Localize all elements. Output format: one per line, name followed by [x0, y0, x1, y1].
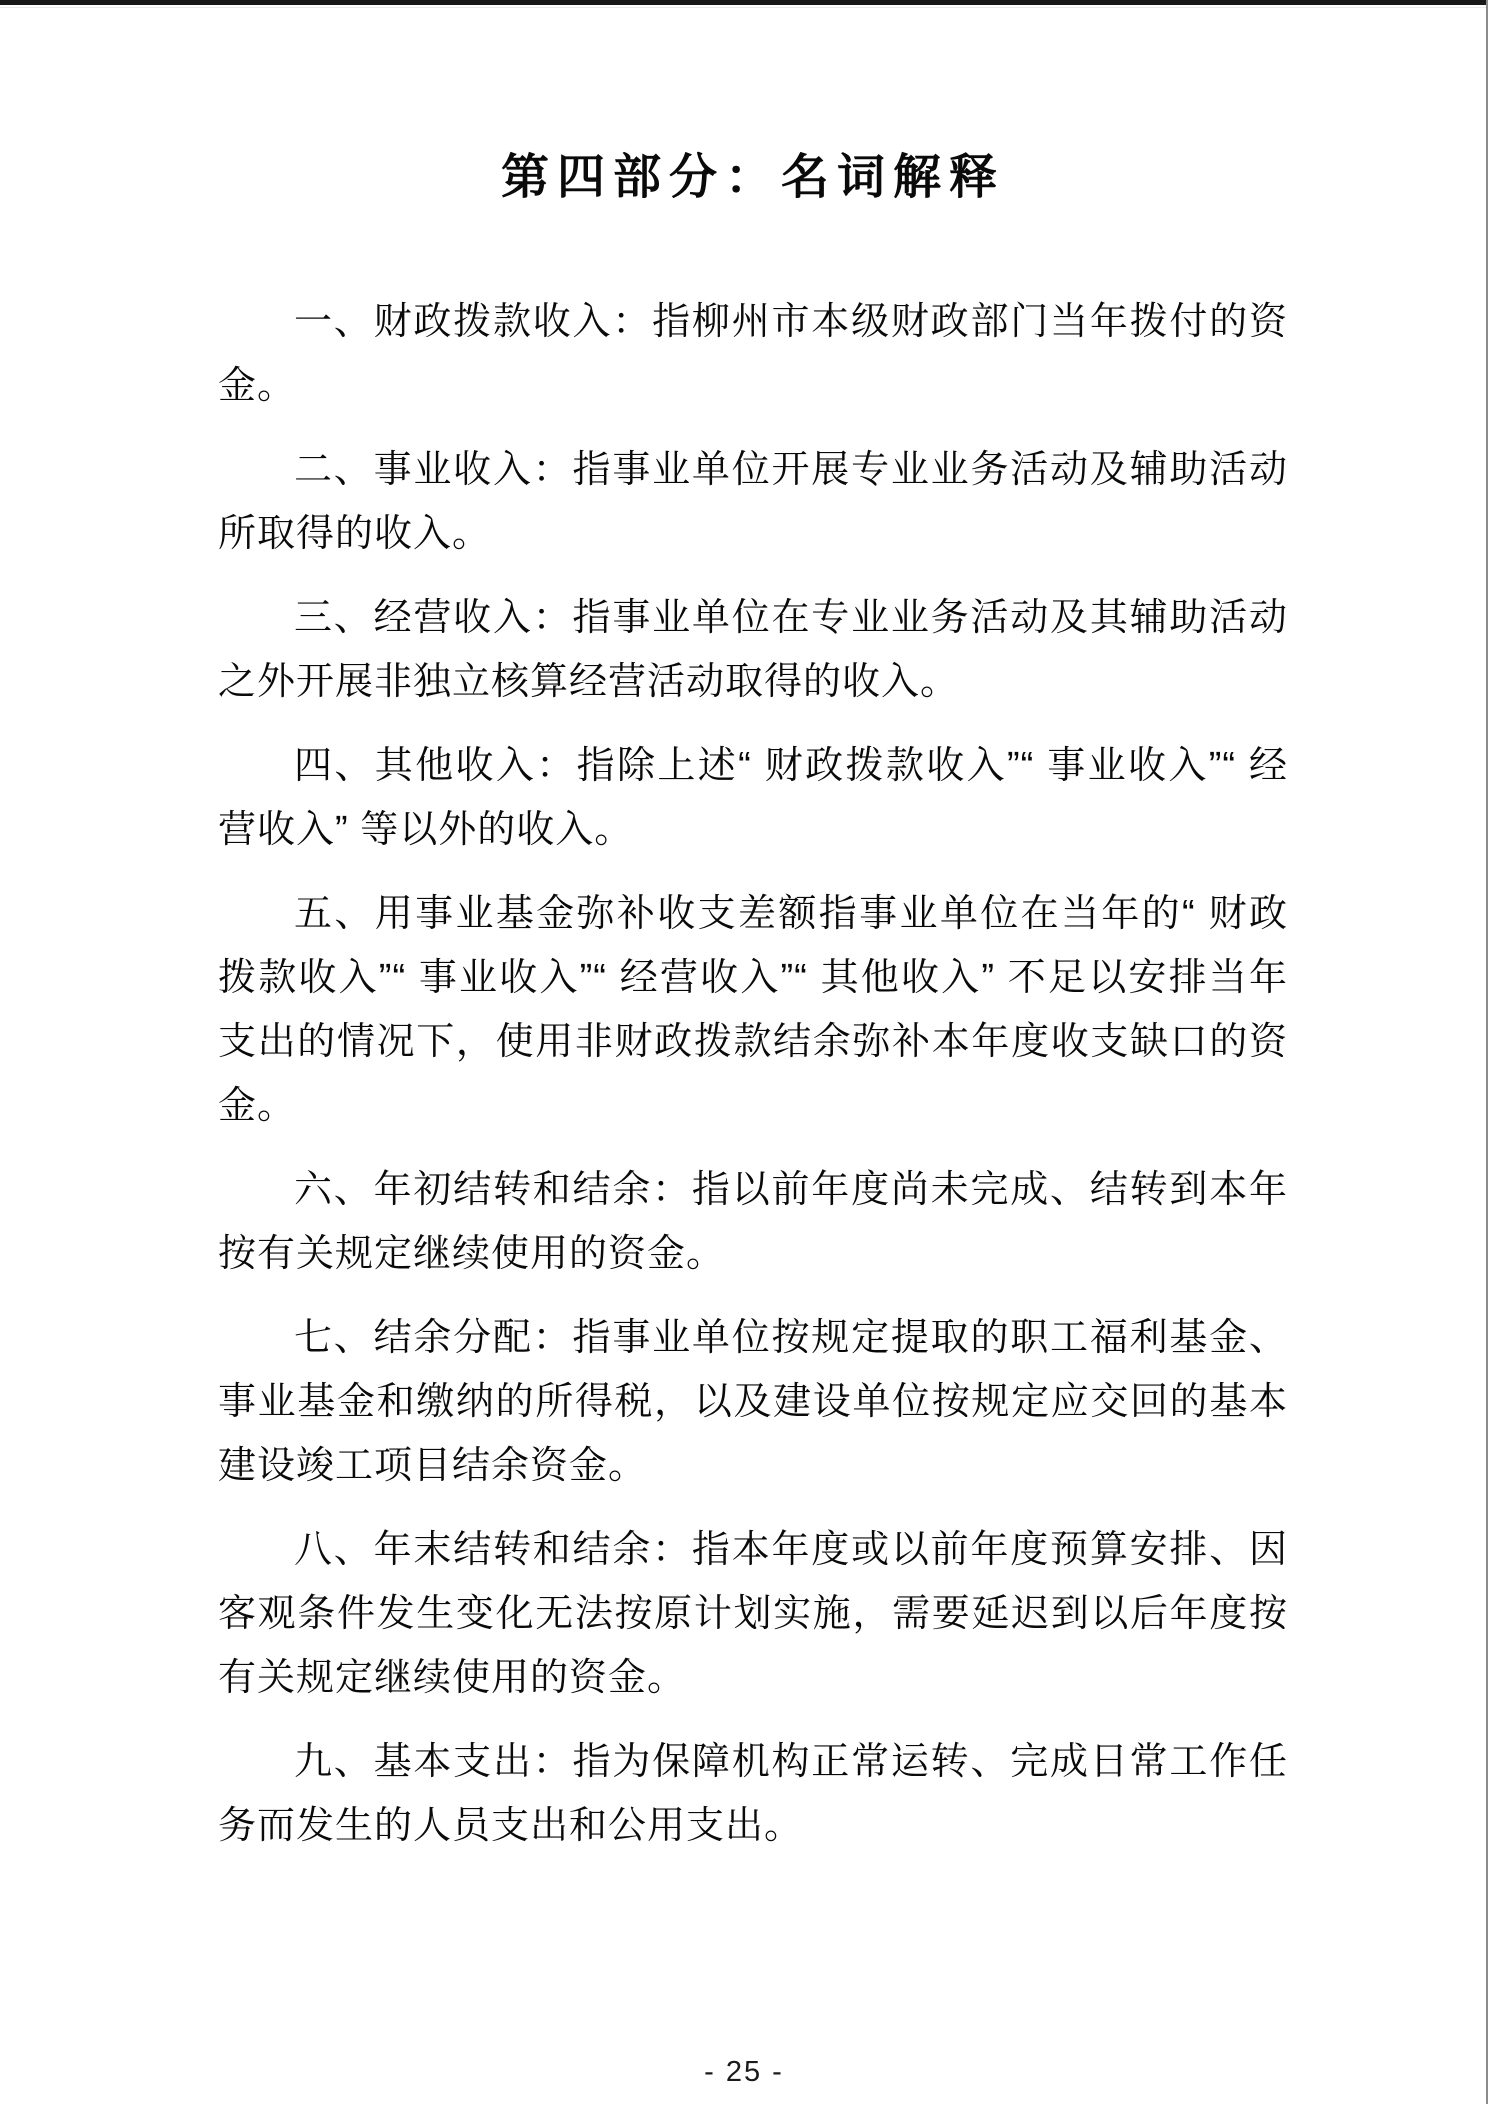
paragraph-8: 八、年末结转和结余：指本年度或以前年度预算安排、因客观条件发生变化无法按原计划实… [218, 1518, 1288, 1710]
paragraph-2: 二、事业收入：指事业单位开展专业业务活动及辅助活动所取得的收入。 [218, 438, 1288, 566]
scan-edge-top [0, 0, 1488, 5]
paragraph-1: 一、财政拨款收入：指柳州市本级财政部门当年拨付的资金。 [218, 290, 1288, 418]
paragraph-3: 三、经营收入：指事业单位在专业业务活动及其辅助活动之外开展非独立核算经营活动取得… [218, 586, 1288, 714]
definitions-list: 一、财政拨款收入：指柳州市本级财政部门当年拨付的资金。 二、事业收入：指事业单位… [218, 290, 1288, 1858]
page-title: 第四部分：名词解释 [218, 0, 1288, 206]
scan-edge-top-shadow [0, 7, 1488, 8]
document-page: 第四部分：名词解释 一、财政拨款收入：指柳州市本级财政部门当年拨付的资金。 二、… [0, 0, 1488, 2104]
paragraph-9: 九、基本支出：指为保障机构正常运转、完成日常工作任务而发生的人员支出和公用支出。 [218, 1730, 1288, 1858]
page-number: - 25 - [0, 2056, 1488, 2088]
paragraph-4: 四、其他收入：指除上述“ 财政拨款收入”“ 事业收入”“ 经营收入” 等以外的收… [218, 734, 1288, 862]
paragraph-5: 五、用事业基金弥补收支差额指事业单位在当年的“ 财政拨款收入”“ 事业收入”“ … [218, 882, 1288, 1138]
paragraph-6: 六、年初结转和结余：指以前年度尚未完成、结转到本年按有关规定继续使用的资金。 [218, 1158, 1288, 1286]
page-content: 第四部分：名词解释 一、财政拨款收入：指柳州市本级财政部门当年拨付的资金。 二、… [0, 0, 1488, 1858]
paragraph-7: 七、结余分配：指事业单位按规定提取的职工福利基金、事业基金和缴纳的所得税，以及建… [218, 1306, 1288, 1498]
